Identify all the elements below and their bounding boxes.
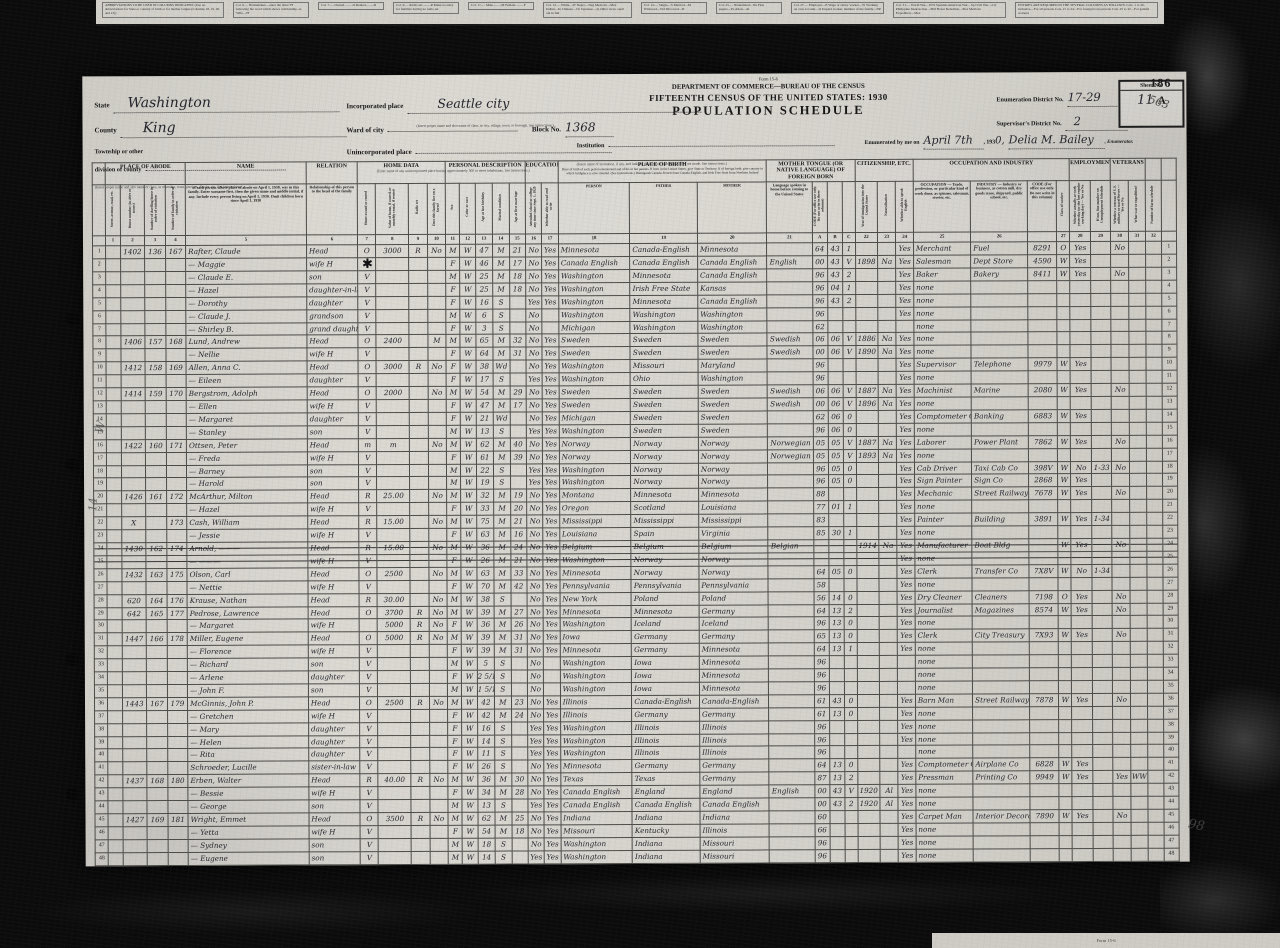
entry-cell: [1114, 848, 1131, 861]
entry-cell: Poland: [631, 592, 699, 605]
entry-cell: No: [526, 257, 542, 270]
entry-cell: [378, 748, 411, 761]
entry-cell: 96: [812, 282, 827, 295]
column-description: Language spoken in home before coming to…: [767, 182, 812, 233]
entry-cell: [880, 849, 898, 862]
entry-cell: [410, 567, 428, 580]
entry-cell: [1113, 835, 1130, 848]
entry-cell: [167, 762, 188, 775]
entry-cell: [428, 412, 446, 425]
entry-cell: No: [528, 786, 544, 799]
column-description: Age at last birthday: [475, 183, 493, 234]
entry-cell: W: [460, 335, 475, 348]
enumerator-signature: Delia M. Bailey: [1009, 133, 1094, 146]
entry-cell: No: [429, 632, 447, 645]
entry-cell: 36: [477, 619, 494, 632]
entry-cell: F: [448, 722, 462, 735]
entry-cell: [377, 503, 410, 516]
entry-cell: Washington: [560, 682, 632, 695]
entry-cell: W: [462, 670, 477, 683]
entry-cell: W: [463, 851, 478, 864]
entry-cell: none: [915, 668, 972, 681]
entry-cell: Head: [308, 632, 359, 645]
entry-cell: [411, 722, 429, 735]
entry-cell: [1130, 603, 1147, 616]
entry-cell: 1887: [856, 436, 879, 449]
entry-cell: [108, 749, 122, 762]
entry-cell: Yes: [543, 605, 559, 618]
entry-cell: [1029, 371, 1058, 384]
entry-cell: F: [447, 528, 461, 541]
entry-cell: [1130, 667, 1147, 680]
column-description: If not, line number on Unemployment Sche…: [1090, 181, 1111, 232]
entry-cell: son: [309, 851, 360, 864]
entry-cell: [1111, 345, 1128, 358]
entry-cell: [122, 723, 147, 736]
entry-cell: S: [495, 760, 511, 773]
entry-cell: W: [462, 644, 477, 657]
entry-cell: Ohio: [630, 372, 698, 385]
entry-cell: 46: [475, 257, 492, 270]
entry-cell: [146, 555, 167, 568]
supervisors-district-value: 2: [1074, 114, 1081, 128]
entry-cell: [376, 258, 409, 271]
entry-cell: Carpet Man: [916, 810, 973, 823]
line-number-cell: 19: [1162, 474, 1178, 487]
line-number-cell: 45: [1164, 809, 1180, 822]
entry-cell: none: [915, 526, 972, 539]
entry-cell: [1147, 577, 1162, 590]
entry-cell: Yes: [897, 513, 914, 526]
column-description: Age at first marriage: [509, 183, 526, 234]
entry-cell: Michigan: [559, 411, 631, 424]
entry-cell: [147, 723, 168, 736]
entry-cell: Belgium: [631, 540, 699, 553]
entry-cell: [1092, 525, 1113, 538]
entry-cell: No: [525, 244, 541, 257]
entry-cell: 1432: [122, 568, 147, 581]
entry-cell: W: [1059, 758, 1072, 771]
entry-cell: [1131, 796, 1148, 809]
entry-cell: 15.00: [377, 516, 410, 529]
year-print: , 193: [983, 139, 995, 145]
entry-cell: 30.00: [378, 593, 411, 606]
entry-cell: 159: [145, 388, 166, 401]
entry-cell: grandson: [307, 309, 358, 322]
entry-cell: [856, 514, 879, 527]
entry-cell: [146, 646, 167, 659]
entry-cell: 14: [829, 591, 844, 604]
entry-cell: [108, 762, 122, 775]
entry-cell: [120, 284, 145, 297]
entry-cell: wife H: [309, 787, 360, 800]
entry-cell: [410, 451, 428, 464]
entry-cell: [108, 646, 122, 659]
column-number: 19: [630, 233, 698, 243]
entry-cell: [409, 270, 427, 283]
column-number: 29: [1090, 232, 1111, 242]
column-number: [1028, 232, 1057, 242]
enumeration-district-label: Enumeration District No.: [996, 96, 1063, 103]
entry-cell: Yes: [543, 580, 559, 593]
column-number: 32: [1146, 231, 1161, 241]
entry-cell: [378, 800, 411, 813]
entry-cell: M: [448, 838, 462, 851]
entry-cell: R: [410, 606, 428, 619]
entry-cell: Bergstrom, Adolph: [186, 387, 307, 400]
entry-cell: [858, 836, 881, 849]
entry-cell: Iceland: [631, 618, 699, 631]
entry-cell: [1147, 487, 1162, 500]
entry-cell: [428, 322, 446, 335]
entry-cell: [845, 746, 857, 759]
entry-cell: [411, 683, 429, 696]
entry-cell: [1113, 680, 1130, 693]
previous-sheet-fragment: Col. 14.— Single....S Married....M Widow…: [641, 2, 707, 14]
entry-cell: Sweden: [630, 334, 698, 347]
entry-cell: [427, 309, 445, 322]
entry-cell: [769, 720, 814, 733]
punch-hole: [66, 312, 79, 325]
entry-cell: 96: [813, 359, 828, 372]
entry-cell: — Barney: [187, 464, 308, 477]
column-number: 28: [1070, 232, 1091, 242]
entry-cell: 64: [476, 347, 493, 360]
entry-cell: Norway: [631, 437, 699, 450]
entry-cell: [857, 772, 880, 785]
entry-cell: Texas: [632, 773, 700, 786]
entry-cell: [429, 722, 447, 735]
entry-cell: [377, 399, 410, 412]
entry-cell: W: [1058, 629, 1071, 642]
line-number-cell: 12: [93, 388, 106, 401]
line-number-cell: 23: [94, 530, 107, 543]
entry-cell: [829, 669, 844, 682]
entry-cell: son: [307, 464, 358, 477]
entry-cell: Pennsylvania: [699, 579, 769, 592]
entry-cell: [411, 838, 429, 851]
entry-cell: [121, 375, 146, 388]
entry-cell: M: [447, 490, 461, 503]
unincorporated-label: Unincorporated place: [347, 148, 412, 156]
entry-cell: M: [493, 244, 509, 257]
entry-cell: 63: [477, 567, 494, 580]
entry-cell: [1129, 383, 1146, 396]
column-number: 15: [509, 234, 525, 244]
entry-cell: [1129, 345, 1146, 358]
entry-cell: [1129, 358, 1146, 371]
entry-cell: Washington: [558, 282, 630, 295]
column-description: [827, 182, 843, 233]
entry-cell: Pressman: [916, 771, 973, 784]
line-number-cell: 46: [1164, 822, 1180, 835]
supervisors-district-field: Supervisor's District No. 2: [996, 112, 1127, 132]
entry-cell: [879, 655, 897, 668]
entry-cell: wife H: [308, 709, 359, 722]
line-number-cell: 46: [95, 827, 108, 840]
entry-cell: V: [360, 826, 378, 839]
column-description: Whether actually at work yesterday (or t…: [1070, 181, 1091, 232]
entry-cell: [856, 372, 879, 385]
entry-cell: 1406: [121, 336, 146, 349]
line-number-cell: 8: [1161, 332, 1177, 345]
entry-cell: [1028, 319, 1057, 332]
line-number-cell: 25: [1162, 551, 1178, 564]
entry-cell: Mississippi: [699, 514, 769, 527]
entry-cell: none: [914, 423, 971, 436]
entry-cell: — Mary: [188, 723, 309, 736]
entry-cell: Na: [878, 449, 896, 462]
entry-cell: V: [358, 413, 376, 426]
entry-cell: none: [915, 720, 972, 733]
entry-cell: [972, 642, 1029, 655]
line-number-cell: 22: [94, 517, 107, 530]
entry-cell: [879, 591, 897, 604]
entry-cell: — Richard: [187, 658, 308, 671]
column-description: PERSON: [558, 183, 630, 234]
entry-cell: Canada English: [698, 269, 768, 282]
entry-cell: W: [1057, 255, 1070, 268]
entry-cell: [844, 578, 856, 591]
entry-cell: 64: [813, 565, 828, 578]
entry-cell: Minnesota: [560, 566, 632, 579]
entry-cell: [106, 297, 120, 310]
entry-cell: R: [410, 619, 428, 632]
entry-cell: [106, 323, 120, 336]
entry-cell: V: [360, 722, 378, 735]
entry-cell: [121, 426, 146, 439]
entry-cell: Minnesota: [699, 643, 769, 656]
entry-cell: 21: [476, 412, 493, 425]
entry-cell: No: [527, 541, 543, 554]
entry-cell: 85: [813, 527, 828, 540]
entry-cell: [1130, 719, 1147, 732]
line-number-cell: 33: [94, 659, 107, 672]
entry-cell: [845, 849, 857, 862]
entry-cell: [1129, 435, 1146, 448]
entry-cell: W: [461, 490, 476, 503]
punch-hole: [66, 788, 79, 801]
line-number-cell: 22: [1162, 512, 1178, 525]
entry-cell: 05: [828, 449, 843, 462]
entry-cell: Na: [878, 333, 896, 346]
entry-cell: [359, 619, 377, 632]
entry-cell: [165, 310, 186, 323]
entry-cell: [1147, 551, 1162, 564]
entry-cell: Maryland: [698, 359, 768, 372]
entry-cell: M: [495, 812, 511, 825]
entry-cell: [857, 733, 880, 746]
entry-cell: 22: [476, 464, 493, 477]
entry-cell: No: [429, 774, 447, 787]
entry-cell: W: [461, 580, 476, 593]
entry-cell: [769, 643, 814, 656]
line-number-cell: 6: [93, 310, 106, 323]
entry-cell: Yes: [898, 720, 915, 733]
entry-cell: [1113, 745, 1130, 758]
entry-cell: [767, 320, 812, 333]
entry-cell: Head: [307, 438, 358, 451]
entry-cell: [880, 759, 898, 772]
entry-cell: Yes: [544, 644, 560, 657]
column-number: C: [843, 233, 855, 243]
entry-cell: [843, 372, 855, 385]
entry-cell: wife H: [309, 826, 360, 839]
entry-cell: [1131, 848, 1148, 861]
entry-cell: No: [1112, 487, 1129, 500]
entry-cell: [378, 683, 411, 696]
entry-cell: Yes: [1072, 603, 1093, 616]
entry-cell: 31: [511, 631, 527, 644]
entry-cell: No: [429, 696, 447, 709]
entry-cell: 43: [828, 294, 843, 307]
entry-cell: [107, 452, 121, 465]
entry-cell: Washington: [630, 321, 698, 334]
entry-cell: [165, 271, 186, 284]
column-number: [1161, 231, 1177, 241]
entry-cell: 7878: [1030, 694, 1059, 707]
entry-cell: Minnesota: [560, 644, 632, 657]
margin-note: 98: [1187, 816, 1206, 834]
entry-cell: [410, 554, 428, 567]
entry-cell: Yes: [1071, 513, 1092, 526]
entry-cell: Canada English: [630, 256, 698, 269]
entry-cell: 168: [166, 336, 187, 349]
entry-cell: Sweden: [698, 398, 768, 411]
entry-cell: Yes: [542, 296, 558, 309]
entry-cell: 14: [477, 735, 494, 748]
entry-cell: W: [1058, 539, 1071, 552]
entry-cell: Washington: [560, 553, 632, 566]
entry-cell: F: [446, 296, 460, 309]
entry-cell: 6828: [1030, 758, 1059, 771]
entry-cell: none: [915, 707, 972, 720]
entry-cell: [1059, 732, 1072, 745]
entry-cell: [1059, 784, 1072, 797]
entry-cell: Yes: [542, 244, 558, 257]
entry-cell: 96: [813, 462, 828, 475]
entry-cell: Texas: [561, 773, 633, 786]
column-number: 24: [896, 232, 913, 242]
entry-cell: [166, 375, 187, 388]
entry-cell: [411, 787, 429, 800]
entry-cell: [429, 709, 447, 722]
entry-cell: [1146, 267, 1161, 280]
entry-cell: W: [460, 257, 475, 270]
entry-cell: [1130, 564, 1147, 577]
entry-cell: none: [915, 578, 972, 591]
entry-cell: [845, 836, 857, 849]
entry-cell: [511, 760, 527, 773]
entry-cell: Yes: [898, 617, 915, 630]
entry-cell: — Yetta: [188, 826, 309, 839]
entry-cell: 27: [511, 605, 527, 618]
line-number-cell: 7: [93, 323, 106, 336]
entry-cell: 1447: [122, 633, 147, 646]
entry-cell: 06: [828, 411, 843, 424]
entry-cell: M: [495, 786, 511, 799]
line-number-cell: 36: [1163, 693, 1179, 706]
entry-cell: Mississippi: [631, 514, 699, 527]
entry-cell: Head: [308, 697, 359, 710]
entry-cell: M: [446, 270, 460, 283]
entry-cell: 7198: [1030, 590, 1059, 603]
entry-cell: W: [463, 838, 478, 851]
entry-cell: Yes: [544, 721, 560, 734]
entry-cell: Yes: [544, 851, 560, 864]
entry-cell: [107, 530, 121, 543]
entry-cell: 17: [476, 373, 493, 386]
entry-cell: Yes: [1071, 590, 1092, 603]
entry-cell: Dept Store: [971, 255, 1028, 268]
entry-cell: [146, 452, 167, 465]
entry-cell: [410, 477, 428, 490]
entry-cell: [828, 359, 843, 372]
entry-cell: M: [448, 851, 462, 864]
line-number-cell: 5: [1161, 293, 1177, 306]
entry-cell: [769, 798, 814, 811]
entry-cell: W: [1059, 693, 1072, 706]
entry-cell: Minnesota: [631, 489, 699, 502]
entry-cell: [378, 722, 411, 735]
entry-cell: [409, 257, 427, 270]
entry-cell: [769, 811, 814, 824]
entry-cell: [1112, 513, 1129, 526]
entry-cell: [1131, 822, 1148, 835]
entry-cell: [379, 838, 412, 851]
entry-cell: W: [462, 709, 477, 722]
entry-cell: [1091, 345, 1112, 358]
entry-cell: No: [428, 515, 446, 528]
institution-label: Institution: [577, 142, 605, 149]
entry-cell: [166, 465, 187, 478]
entry-cell: Canada English: [698, 295, 768, 308]
entry-cell: [1070, 332, 1091, 345]
column-number: 18: [558, 234, 630, 244]
entry-cell: 1427: [123, 814, 148, 827]
entry-cell: S: [494, 476, 510, 489]
entry-cell: [167, 555, 188, 568]
entry-cell: [768, 475, 813, 488]
line-number-cell: 35: [94, 685, 107, 698]
entry-cell: W: [460, 296, 475, 309]
column-number: 5: [186, 235, 307, 246]
entry-cell: [830, 811, 845, 824]
entry-cell: [1148, 796, 1163, 809]
entry-cell: [120, 323, 145, 336]
entry-cell: [147, 749, 168, 762]
entry-cell: 5000: [378, 619, 411, 632]
entry-cell: W: [461, 386, 476, 399]
entry-cell: [511, 722, 527, 735]
entry-cell: [145, 310, 166, 323]
entry-cell: No: [527, 709, 543, 722]
entry-cell: R: [410, 632, 428, 645]
entry-cell: R: [359, 542, 377, 555]
entry-cell: W: [1058, 603, 1071, 616]
entry-cell: [410, 593, 428, 606]
entry-cell: 175: [167, 568, 188, 581]
entry-cell: 13: [829, 604, 844, 617]
entry-cell: 87: [814, 772, 829, 785]
entry-cell: R: [411, 696, 429, 709]
enumerated-field: Enumerated by me on April 7th, 1930, Del…: [865, 130, 1134, 150]
entry-cell: No: [528, 825, 544, 838]
entry-cell: V: [843, 398, 855, 411]
entry-cell: [108, 685, 122, 698]
entry-cell: Yes: [899, 836, 916, 849]
entry-cell: [166, 400, 187, 413]
